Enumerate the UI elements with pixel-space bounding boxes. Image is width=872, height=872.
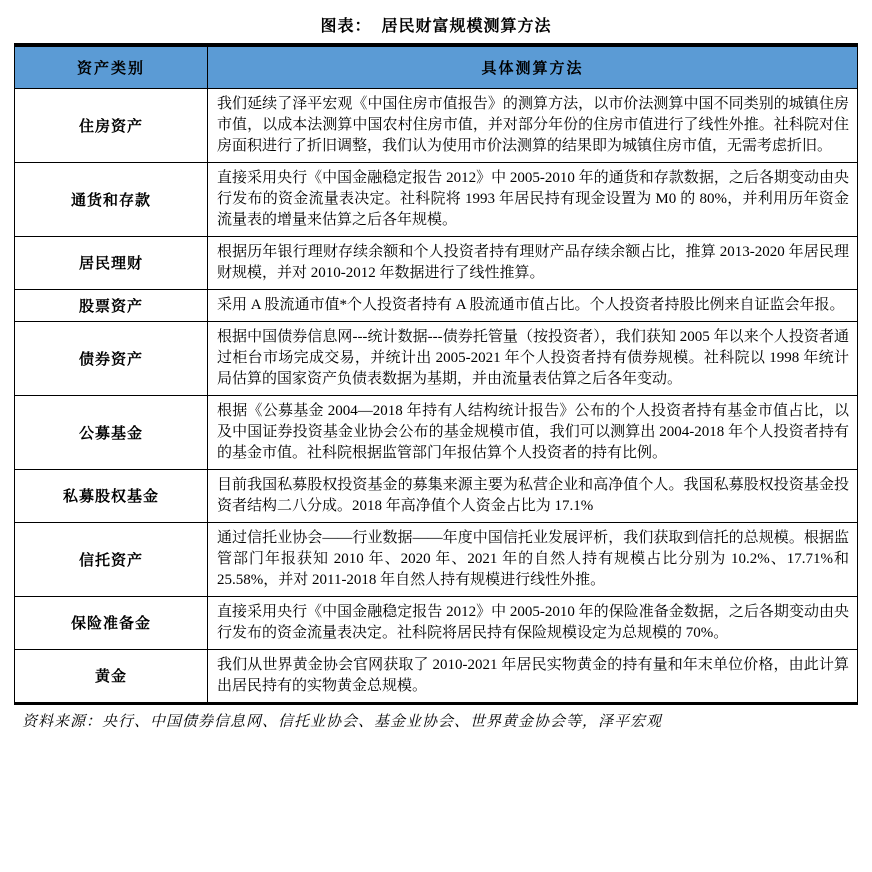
report-figure-page: 图表： 居民财富规模测算方法 资产类别 具体测算方法 住房资产 我们延续了泽平宏… <box>0 0 872 872</box>
table-body: 住房资产 我们延续了泽平宏观《中国住房市值报告》的测算方法，以市价法测算中国不同… <box>15 88 858 703</box>
method-wealth-management: 根据历年银行理财存续余额和个人投资者持有理财产品存续余额占比，推算 2013-2… <box>208 236 858 289</box>
method-housing: 我们延续了泽平宏观《中国住房市值报告》的测算方法，以市价法测算中国不同类别的城镇… <box>208 88 858 162</box>
asset-category-stocks: 股票资产 <box>15 289 208 321</box>
method-private-equity: 目前我国私募股权投资基金的募集来源主要为私营企业和高净值个人。我国私募股权投资基… <box>208 469 858 522</box>
asset-category-trust: 信托资产 <box>15 522 208 596</box>
method-bonds: 根据中国债券信息网---统计数据---债券托管量（按投资者），我们获知 2005… <box>208 321 858 395</box>
method-trust: 通过信托业协会——行业数据——年度中国信托业发展评析，我们获取到信托的总规模。根… <box>208 522 858 596</box>
header-asset-category: 资产类别 <box>15 45 208 88</box>
table-row: 股票资产 采用 A 股流通市值*个人投资者持有 A 股流通市值占比。个人投资者持… <box>15 289 858 321</box>
header-row: 资产类别 具体测算方法 <box>15 45 858 88</box>
method-currency-deposits: 直接采用央行《中国金融稳定报告 2012》中 2005-2010 年的通货和存款… <box>208 162 858 236</box>
table-row: 通货和存款 直接采用央行《中国金融稳定报告 2012》中 2005-2010 年… <box>15 162 858 236</box>
figure-title: 图表： 居民财富规模测算方法 <box>0 0 872 36</box>
method-public-funds: 根据《公募基金 2004—2018 年持有人结构统计报告》公布的个人投资者持有基… <box>208 395 858 469</box>
method-gold: 我们从世界黄金协会官网获取了 2010-2021 年居民实物黄金的持有量和年末单… <box>208 649 858 703</box>
asset-category-private-equity: 私募股权基金 <box>15 469 208 522</box>
asset-category-currency-deposits: 通货和存款 <box>15 162 208 236</box>
table-row: 公募基金 根据《公募基金 2004—2018 年持有人结构统计报告》公布的个人投… <box>15 395 858 469</box>
asset-category-gold: 黄金 <box>15 649 208 703</box>
table-row: 私募股权基金 目前我国私募股权投资基金的募集来源主要为私营企业和高净值个人。我国… <box>15 469 858 522</box>
table-row: 黄金 我们从世界黄金协会官网获取了 2010-2021 年居民实物黄金的持有量和… <box>15 649 858 703</box>
wealth-method-table-wrap: 资产类别 具体测算方法 住房资产 我们延续了泽平宏观《中国住房市值报告》的测算方… <box>14 43 858 705</box>
table-row: 保险准备金 直接采用央行《中国金融稳定报告 2012》中 2005-2010 年… <box>15 596 858 649</box>
table-row: 住房资产 我们延续了泽平宏观《中国住房市值报告》的测算方法，以市价法测算中国不同… <box>15 88 858 162</box>
wealth-method-table: 资产类别 具体测算方法 住房资产 我们延续了泽平宏观《中国住房市值报告》的测算方… <box>14 43 858 705</box>
table-row: 信托资产 通过信托业协会——行业数据——年度中国信托业发展评析，我们获取到信托的… <box>15 522 858 596</box>
table-row: 居民理财 根据历年银行理财存续余额和个人投资者持有理财产品存续余额占比，推算 2… <box>15 236 858 289</box>
table-row: 债券资产 根据中国债券信息网---统计数据---债券托管量（按投资者），我们获知… <box>15 321 858 395</box>
asset-category-bonds: 债券资产 <box>15 321 208 395</box>
data-source-note: 资料来源：央行、中国债券信息网、信托业协会、基金业协会、世界黄金协会等，泽平宏观 <box>22 710 872 731</box>
header-method: 具体测算方法 <box>208 45 858 88</box>
table-header: 资产类别 具体测算方法 <box>15 45 858 88</box>
method-stocks: 采用 A 股流通市值*个人投资者持有 A 股流通市值占比。个人投资者持股比例来自… <box>208 289 858 321</box>
asset-category-public-funds: 公募基金 <box>15 395 208 469</box>
method-insurance-reserves: 直接采用央行《中国金融稳定报告 2012》中 2005-2010 年的保险准备金… <box>208 596 858 649</box>
asset-category-housing: 住房资产 <box>15 88 208 162</box>
asset-category-wealth-management: 居民理财 <box>15 236 208 289</box>
asset-category-insurance-reserves: 保险准备金 <box>15 596 208 649</box>
